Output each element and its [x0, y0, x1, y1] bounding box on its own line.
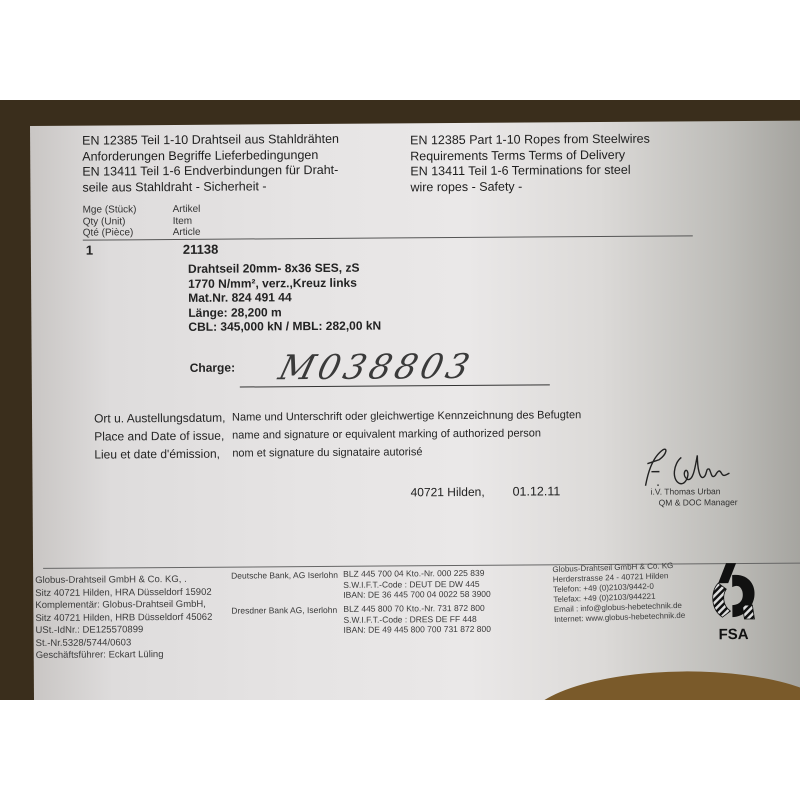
description-line: Drahtseil 20mm- 8x36 SES, zS [188, 261, 381, 277]
qty-header-en: Qty (Unit) [83, 216, 137, 228]
charge-handwritten-value: M038803 [274, 347, 477, 388]
certificate-paper: EN 12385 Teil 1-10 Drahtseil aus Stahldr… [30, 120, 800, 700]
header-line: EN 12385 Teil 1-10 Drahtseil aus Stahldr… [82, 132, 339, 149]
qty-column-header: Mge (Stück) Qty (Unit) Qté (Pièce) [83, 204, 137, 239]
fsa-logo-text: FSA [709, 626, 759, 643]
header-line: Requirements Terms Terms of Delivery [410, 147, 650, 164]
document-photo: EN 12385 Teil 1-10 Drahtseil aus Stahldr… [0, 100, 800, 700]
footer-bank-info: Deutsche Bank, AG Iserlohn BLZ 445 700 0… [30, 120, 800, 126]
company-line: St.-Nr.5328/5744/0603 [36, 636, 213, 650]
header-line: EN 12385 Part 1-10 Ropes from Steelwires [410, 132, 650, 149]
company-line: Sitz 40721 Hilden, HRA Düsseldorf 15902 [35, 586, 212, 600]
header-line: EN 13411 Teil 1-6 Terminations for steel [410, 163, 650, 180]
place-date-labels: Ort u. Austellungsdatum, Place and Date … [94, 409, 226, 464]
company-line: Sitz 40721 Hilden, HRB Düsseldorf 45062 [35, 611, 212, 625]
company-line: Komplementär: Globus-Drahtseil GmbH, [35, 599, 212, 613]
fsa-hook-icon [708, 561, 758, 623]
company-line: Globus-Drahtseil GmbH & Co. KG, . [35, 574, 212, 588]
charge-label: Charge: [190, 361, 235, 375]
fsa-logo: FSA [708, 561, 759, 641]
header-english: EN 12385 Part 1-10 Ropes from Steelwires… [410, 132, 650, 196]
description-line: Länge: 28,200 m [188, 304, 381, 320]
header-line: Anforderungen Begriffe Lieferbedingungen [82, 147, 339, 164]
header-line: seile aus Stahldraht - Sicherheit - [82, 178, 339, 195]
signature-labels: Name und Unterschrift oder gleichwertige… [232, 406, 582, 462]
row-description: Drahtseil 20mm- 8x36 SES, zS 1770 N/mm²,… [188, 261, 381, 335]
item-header-en: Item [173, 215, 201, 227]
item-header-fr: Article [173, 227, 201, 239]
signer-title: QM & DOC Manager [659, 497, 738, 508]
issue-place: 40721 Hilden, [411, 485, 485, 500]
background-surface [524, 670, 800, 700]
bank-line: IBAN: DE 49 445 800 700 731 872 800 [343, 624, 491, 636]
signature-label-de: Name und Unterschrift oder gleichwertige… [232, 406, 581, 426]
signature-label-fr: nom et signature du signataire autorisé [232, 442, 581, 462]
place-label-de: Ort u. Austellungsdatum, [94, 409, 226, 428]
company-line: Geschäftsführer: Eckart Lüling [36, 649, 213, 663]
bank-line: BLZ 445 700 04 Kto.-Nr. 000 225 839 [343, 568, 491, 580]
bank-details: BLZ 445 700 04 Kto.-Nr. 000 225 839 S.W.… [343, 568, 491, 601]
footer-contact-info: Globus-Drahtseil GmbH & Co. KG Herderstr… [552, 561, 685, 625]
signer-name: i.V. Thomas Urban [651, 486, 721, 496]
table-row: 1 21138 Drahtseil 20mm- 8x36 SES, zS 177… [30, 120, 800, 126]
bank-details: BLZ 445 800 70 Kto.-Nr. 731 872 800 S.W.… [343, 603, 491, 636]
company-line: USt.-IdNr.: DE125570899 [35, 624, 212, 638]
row-article-no: 21138 [183, 243, 219, 258]
item-header-de: Artikel [173, 204, 201, 216]
description-line: Mat.Nr. 824 491 44 [188, 290, 381, 306]
header-line: wire ropes - Safety - [410, 178, 650, 195]
qty-header-de: Mge (Stück) [83, 204, 137, 216]
place-label-en: Place and Date of issue, [94, 427, 226, 446]
bank-name: Dresdner Bank AG, Iserlohn [231, 604, 337, 617]
bank-line: IBAN: DE 36 445 700 04 0022 58 3900 [343, 589, 491, 601]
bank-name: Deutsche Bank, AG Iserlohn [231, 569, 338, 582]
header-line: EN 13411 Teil 1-6 Endverbindungen für Dr… [82, 163, 339, 180]
signature-label-en: name and signature or equivalent marking… [232, 424, 581, 444]
description-line: 1770 N/mm², verz.,Kreuz links [188, 275, 381, 291]
item-column-header: Artikel Item Article [173, 204, 201, 239]
header-german: EN 12385 Teil 1-10 Drahtseil aus Stahldr… [82, 132, 339, 196]
issue-date: 01.12.11 [513, 484, 561, 498]
description-line: CBL: 345,000 kN / MBL: 282,00 kN [188, 319, 381, 335]
bank-line: BLZ 445 800 70 Kto.-Nr. 731 872 800 [343, 603, 491, 615]
row-qty: 1 [86, 244, 93, 259]
footer-company-info: Globus-Drahtseil GmbH & Co. KG, . Sitz 4… [35, 574, 213, 663]
qty-header-fr: Qté (Pièce) [83, 227, 137, 239]
place-label-fr: Lieu et date d'émission, [94, 445, 226, 464]
